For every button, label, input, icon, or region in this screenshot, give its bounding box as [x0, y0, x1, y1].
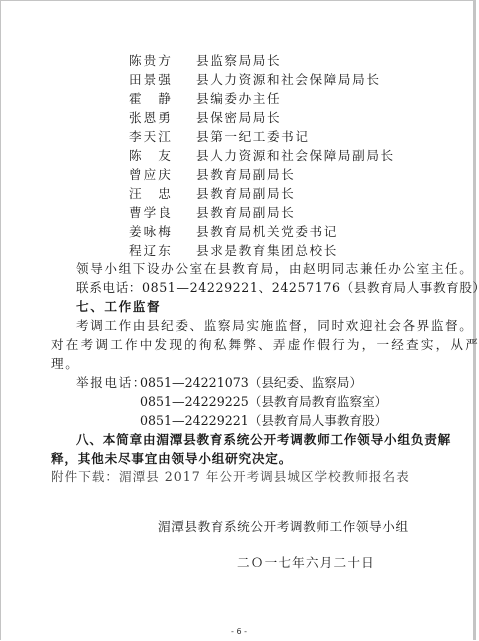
member-title: 县人力资源和社会保障局局长 — [196, 71, 381, 89]
member-name: 程辽东 — [129, 242, 173, 260]
member-title: 县求是教育集团总校长 — [196, 242, 338, 260]
attachment-row: 附件下载：湄潭县 2017 年公开考调县城区学校教师报名表 — [51, 468, 410, 486]
office-note: 领导小组下设办公室在县教育局，由赵明同志兼任办公室主任。 — [76, 260, 473, 278]
section-heading: 八、本简章由湄潭县教育系统公开考调教师工作领导小组负责解 — [76, 431, 451, 449]
attachment-link[interactable]: 湄潭县 2017 年公开考调县城区学校教师报名表 — [119, 469, 410, 484]
member-title: 县教育局副局长 — [196, 166, 295, 184]
member-name: 田景强 — [129, 71, 173, 89]
document-page: 陈贵方 县监察局局长 田景强 县人力资源和社会保障局局长 霍 静 县编委办主任 … — [0, 0, 476, 640]
member-name: 姜咏梅 — [129, 223, 173, 241]
signature-org: 湄潭县教育系统公开考调教师工作领导小组 — [158, 518, 409, 536]
member-title: 县保密局局长 — [196, 109, 281, 127]
attachment-label: 附件下载： — [51, 469, 119, 484]
member-name: 霍 静 — [129, 90, 173, 108]
section-heading: 七、工作监督 — [76, 298, 161, 316]
member-name: 曾应庆 — [129, 166, 173, 184]
member-name: 李天江 — [129, 128, 173, 146]
hotline-label: 举报电话： — [76, 374, 147, 392]
signature-date: 二Ｏ一七年六月二十日 — [237, 554, 375, 572]
member-name: 陈贵方 — [129, 52, 173, 70]
hotline-number: 0851—24221073（县纪委、监察局） — [140, 374, 362, 392]
member-title: 县人力资源和社会保障局副局长 — [196, 147, 395, 165]
member-title: 县教育局机关党委书记 — [196, 223, 338, 241]
member-title: 县第一纪工委书记 — [196, 128, 310, 146]
paragraph-line: 释，其他未尽事宜由领导小组研究决定。 — [51, 450, 292, 468]
member-name: 陈 友 — [129, 147, 173, 165]
paragraph-line: 理。 — [51, 355, 79, 373]
member-title: 县教育局副局长 — [196, 204, 295, 222]
paragraph-line: 考调工作由县纪委、监察局实施监督，同时欢迎社会各界监督。 — [76, 317, 473, 335]
hotline-number: 0851—24229221（县教育局人事教育股） — [140, 412, 387, 430]
hotline-number: 0851—24229225（县教育局教育监察室） — [140, 393, 387, 411]
member-title: 县编委办主任 — [196, 90, 281, 108]
member-name: 汪 忠 — [129, 185, 173, 203]
member-name: 张恩勇 — [129, 109, 173, 127]
member-name: 曹学良 — [129, 204, 173, 222]
page-number: - 6 - — [1, 627, 477, 636]
paragraph-line: 对在考调工作中发现的徇私舞弊、弄虚作假行为，一经查实，从严处 — [51, 336, 479, 354]
member-title: 县监察局局长 — [196, 52, 281, 70]
member-title: 县教育局副局长 — [196, 185, 295, 203]
contact-phone: 联系电话：0851—24229221、24257176（县教育局人事教育股）。 — [76, 279, 479, 297]
